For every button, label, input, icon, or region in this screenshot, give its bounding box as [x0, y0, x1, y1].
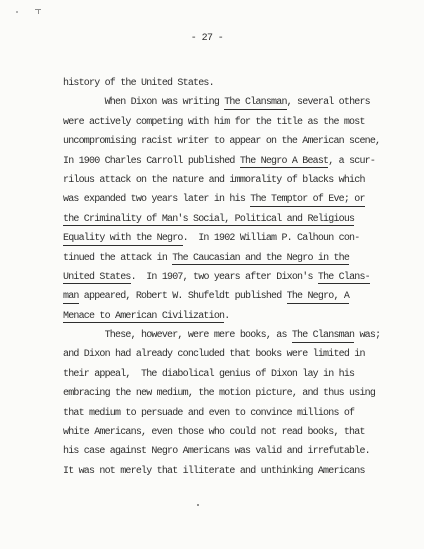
- underlined-title: United States: [63, 272, 131, 285]
- text-segment: embracing the new medium, the motion pic…: [63, 388, 375, 399]
- text-line: Equality with the Negro. In 1902 William…: [63, 229, 403, 248]
- text-line: United States. In 1907, two years after …: [63, 268, 403, 287]
- text-segment: It was not merely that illiterate and un…: [63, 466, 365, 477]
- text-line: that medium to persuade and even to conv…: [63, 404, 403, 423]
- text-segment: These, however, were mere books, as: [63, 330, 292, 341]
- stray-mark-bottom-dot: [197, 504, 199, 506]
- underlined-title: man: [63, 291, 79, 304]
- text-segment: appeared, Robert W. Shufeldt published: [79, 291, 287, 302]
- text-segment: . In 1902 William P. Calhoun con-: [183, 233, 360, 244]
- text-line: man appeared, Robert W. Shufeldt publish…: [63, 287, 403, 306]
- underlined-title: The Temptor of Eve; or: [250, 194, 364, 207]
- text-line: were actively competing with him for the…: [63, 113, 403, 132]
- text-segment: their appeal, The diabolical genius of D…: [63, 369, 354, 380]
- text-segment: his case against Negro Americans was val…: [63, 446, 370, 457]
- text-line: uncompromising racist writer to appear o…: [63, 132, 403, 151]
- text-segment: rilous attack on the nature and immorali…: [63, 175, 365, 186]
- text-line: was expanded two years later in his The …: [63, 190, 403, 209]
- underlined-title: The Clans-: [318, 272, 370, 285]
- text-segment: tinued the attack in: [63, 253, 172, 264]
- text-segment: When Dixon was writing: [63, 97, 224, 108]
- text-segment: was expanded two years later in his: [63, 194, 250, 205]
- text-segment: and Dixon had already concluded that boo…: [63, 349, 365, 360]
- text-line: history of the United States.: [63, 74, 403, 93]
- underlined-title: Menace to American Civilization: [63, 311, 224, 324]
- underlined-title: The Caucasian and the Negro in the: [172, 253, 349, 266]
- underlined-title: the Criminality of Man's Social, Politic…: [63, 214, 354, 227]
- text-line: tinued the attack in The Caucasian and t…: [63, 249, 403, 268]
- text-segment: . In 1907, two years after Dixon's: [131, 272, 318, 283]
- text-segment: , several others: [287, 97, 370, 108]
- underlined-title: The Clansman: [292, 330, 354, 343]
- text-segment: uncompromising racist writer to appear o…: [63, 136, 380, 147]
- text-line: embracing the new medium, the motion pic…: [63, 384, 403, 403]
- text-body: history of the United States. When Dixon…: [63, 74, 403, 481]
- stray-mark-cross: [35, 8, 42, 16]
- text-line: rilous attack on the nature and immorali…: [63, 171, 403, 190]
- underlined-title: The Negro A Beast: [240, 156, 328, 169]
- text-line: the Criminality of Man's Social, Politic…: [63, 210, 403, 229]
- underlined-title: Equality with the Negro: [63, 233, 183, 246]
- text-segment: history of the United States.: [63, 78, 214, 89]
- text-segment: were actively competing with him for the…: [63, 117, 365, 128]
- text-line: his case against Negro Americans was val…: [63, 442, 403, 461]
- text-line: Menace to American Civilization.: [63, 307, 403, 326]
- underlined-title: The Clansman: [224, 97, 286, 110]
- text-line: white Americans, even those who could no…: [63, 423, 403, 442]
- text-segment: white Americans, even those who could no…: [63, 427, 365, 438]
- text-line: and Dixon had already concluded that boo…: [63, 345, 403, 364]
- text-segment: that medium to persuade and even to conv…: [63, 408, 354, 419]
- text-line: It was not merely that illiterate and un…: [63, 462, 403, 481]
- text-line: In 1900 Charles Carroll published The Ne…: [63, 152, 403, 171]
- manuscript-page: - 27 - history of the United States. Whe…: [0, 0, 424, 549]
- text-segment: In 1900 Charles Carroll published: [63, 156, 240, 167]
- underlined-title: The Negro, A: [287, 291, 349, 304]
- text-segment: was;: [354, 330, 380, 341]
- text-line: When Dixon was writing The Clansman, sev…: [63, 93, 403, 112]
- page-number: - 27 -: [0, 33, 414, 44]
- stray-mark-dot: [16, 11, 18, 13]
- text-segment: .: [224, 311, 229, 322]
- text-segment: , a scur-: [328, 156, 375, 167]
- text-line: These, however, were mere books, as The …: [63, 326, 403, 345]
- text-line: their appeal, The diabolical genius of D…: [63, 365, 403, 384]
